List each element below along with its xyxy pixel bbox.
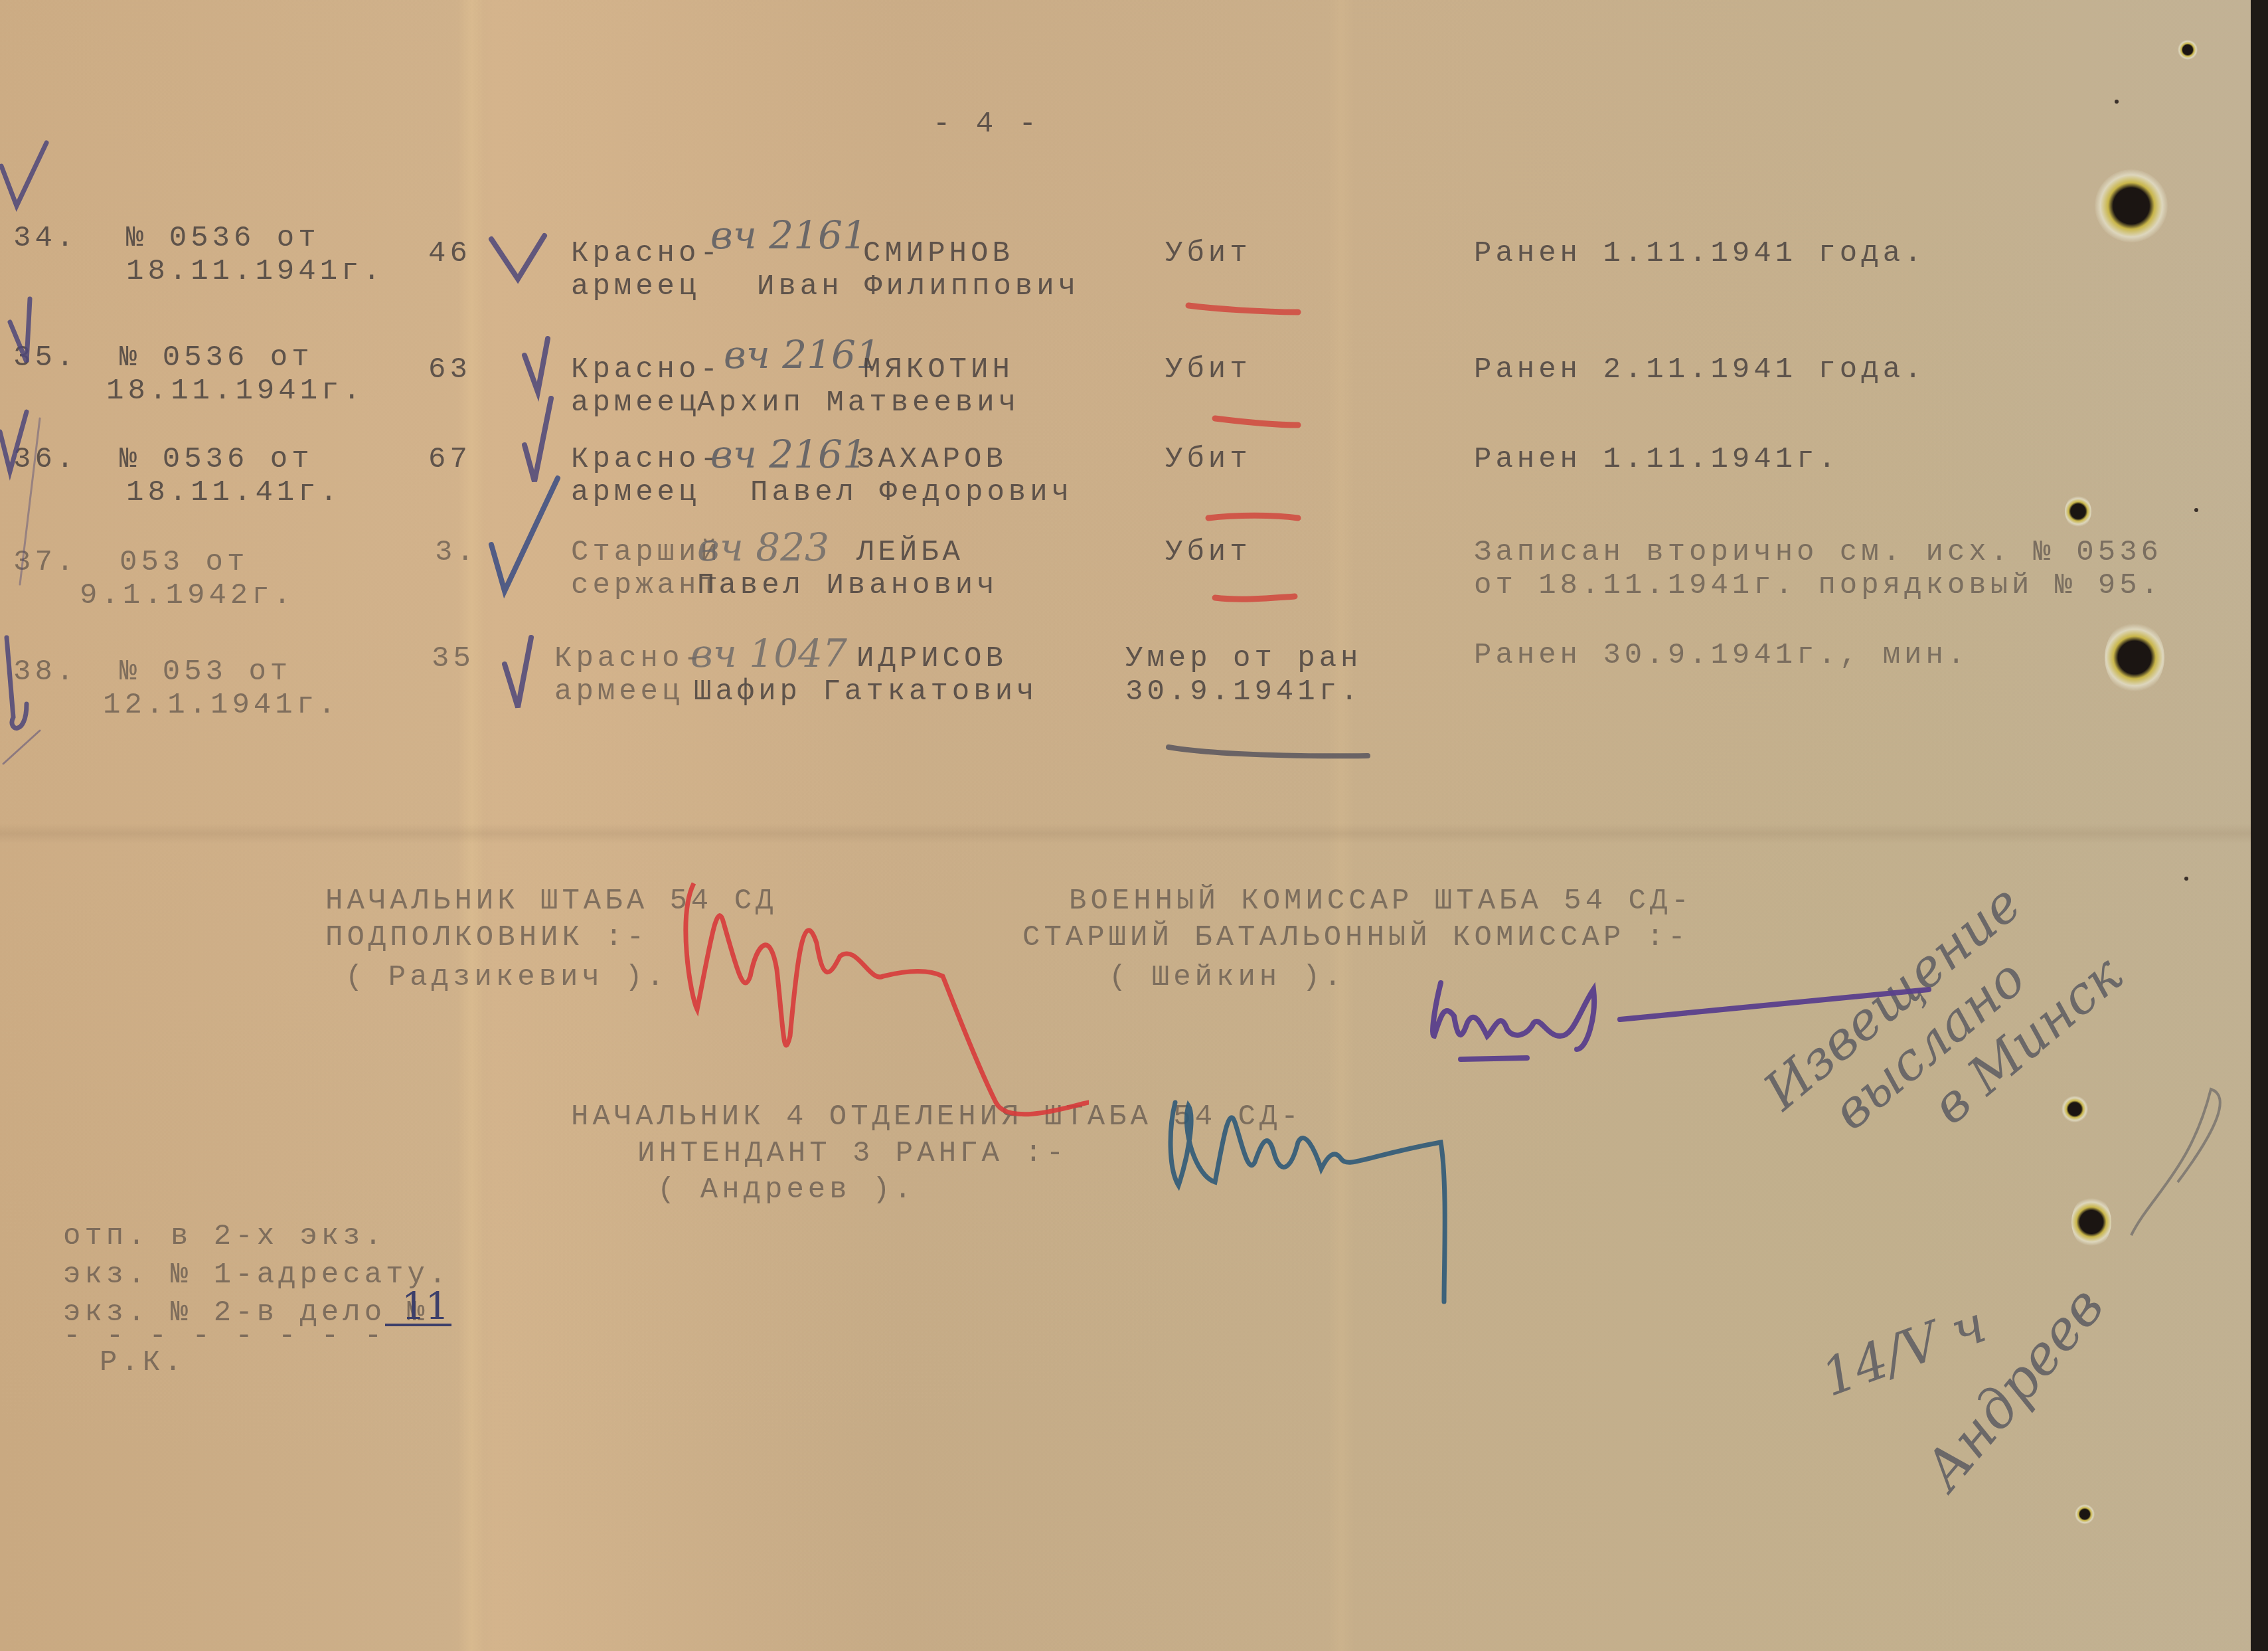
document-page: - 4 - 34. № 0536 от 18.11.1941г. 46 Крас… bbox=[0, 0, 2251, 1651]
scan-edge bbox=[2251, 0, 2268, 1651]
signature-chief-of-staff bbox=[686, 883, 1089, 1114]
signature-commissar bbox=[1433, 983, 1929, 1059]
ink-marks bbox=[0, 0, 2268, 1651]
grey-underline bbox=[1169, 747, 1368, 756]
speck bbox=[2194, 508, 2198, 512]
check-mark-icon bbox=[0, 143, 46, 764]
punch-hole bbox=[2071, 1195, 2111, 1249]
punch-hole bbox=[2178, 40, 2198, 60]
punch-hole bbox=[2095, 169, 2168, 242]
check-mark-icon bbox=[491, 236, 558, 707]
punch-hole bbox=[2075, 1504, 2095, 1524]
speck bbox=[2184, 877, 2188, 881]
punch-hole bbox=[2065, 495, 2091, 528]
punch-hole bbox=[2062, 1096, 2088, 1122]
signature-dept4 bbox=[1171, 1102, 1445, 1302]
pencil-stroke bbox=[2131, 1089, 2220, 1235]
red-underline bbox=[1188, 305, 1298, 599]
punch-hole bbox=[2105, 621, 2164, 694]
speck bbox=[2115, 100, 2119, 104]
